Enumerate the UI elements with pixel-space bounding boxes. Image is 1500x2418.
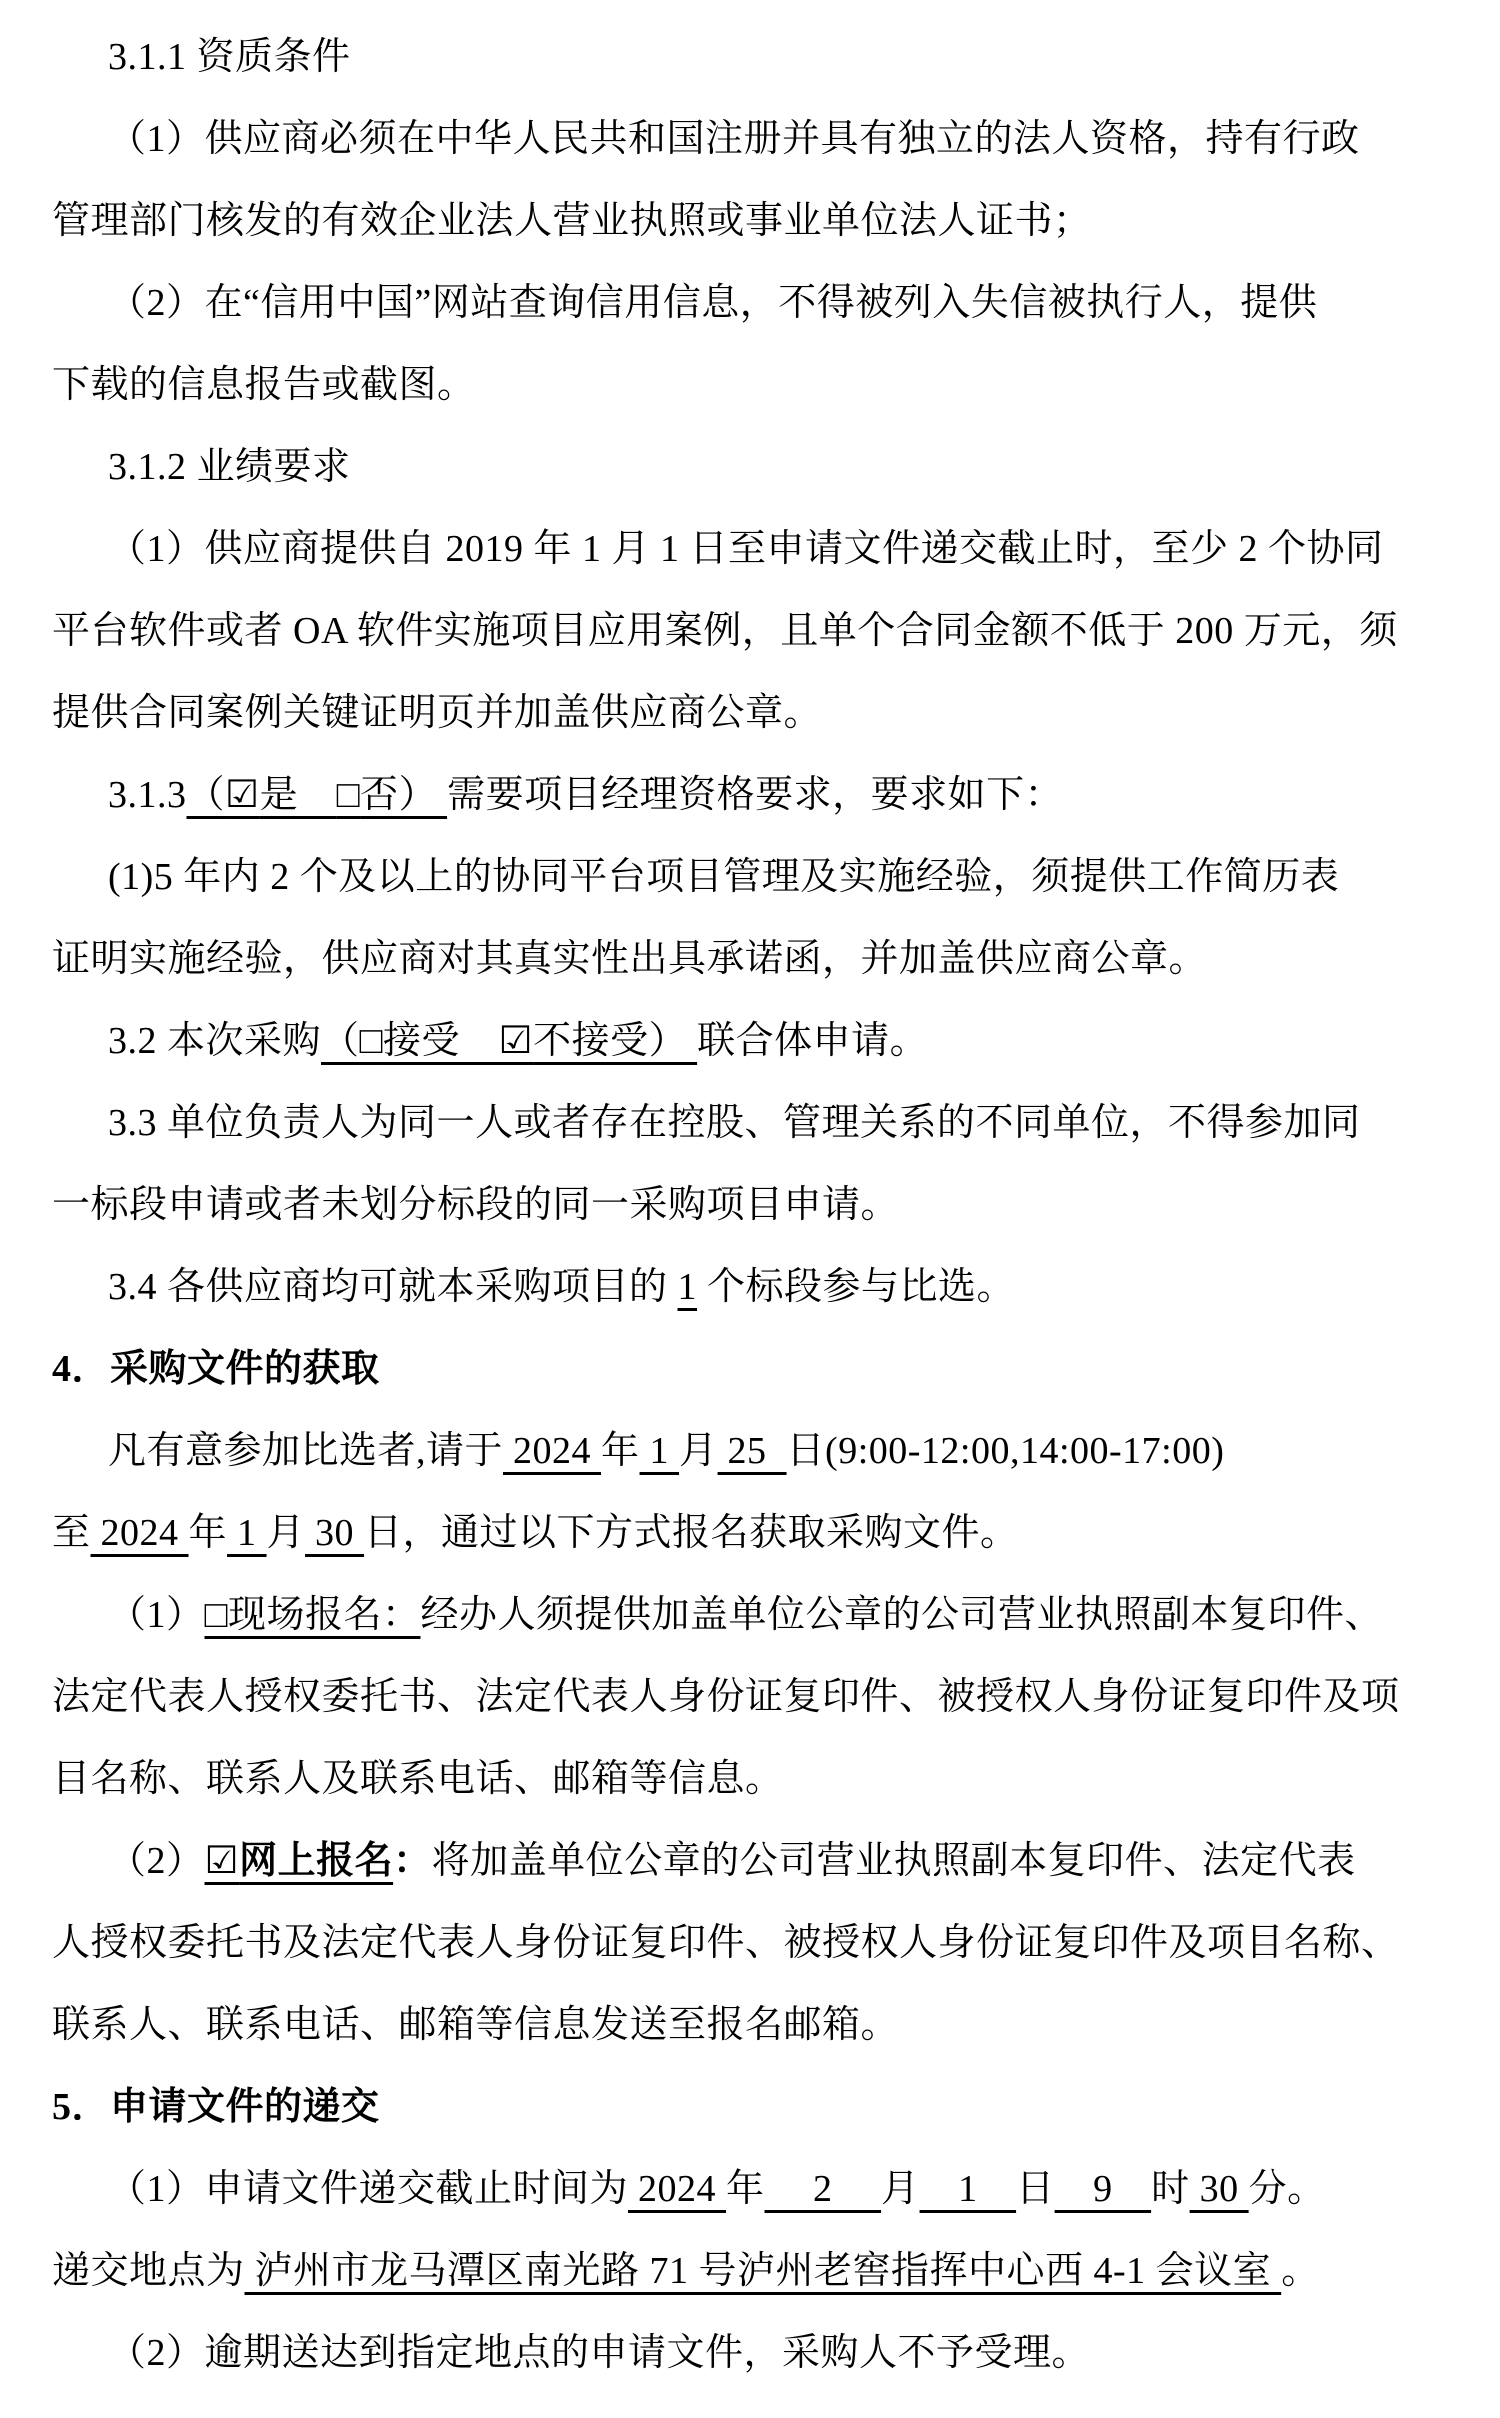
- text-segment: （1）申请文件递交截止时间为: [108, 2168, 628, 2210]
- text-segment: 联系人、联系电话、邮箱等信息发送至报名邮箱。: [52, 2004, 899, 2046]
- text-segment: 平台软件或者 OA 软件实施项目应用案例，且单个合同金额不低于 200 万元，须: [52, 610, 1398, 652]
- text-segment: 时: [1151, 2168, 1190, 2210]
- text-segment: 3.3 单位负责人为同一人或者存在控股、管理关系的不同单位，不得参加同: [108, 1102, 1361, 1144]
- text-segment: 一标段申请或者未划分标段的同一采购项目申请。: [52, 1184, 899, 1226]
- text-segment: 日(9:00-12:00,14:00-17:00): [787, 1430, 1225, 1472]
- document-line: （1）供应商提供自 2019 年 1 月 1 日至申请文件递交截止时，至少 2 …: [52, 508, 1448, 590]
- text-segment: （: [321, 1020, 360, 1062]
- text-segment: ：: [393, 1840, 432, 1882]
- document-line: 凡有意参加比选者,请于 2024 年 1 月 25 日(9:00-12:00,1…: [52, 1410, 1448, 1492]
- text-segment: 管理部门核发的有效企业法人营业执照或事业单位法人证书；: [52, 200, 1092, 242]
- text-segment: （2）: [108, 1840, 205, 1882]
- document-line: （1）□现场报名：经办人须提供加盖单位公章的公司营业执照副本复印件、: [52, 1574, 1448, 1656]
- text-segment: 5．申请文件的递交: [52, 2086, 380, 2128]
- text-segment: 日，通过以下方式报名获取采购文件。: [364, 1512, 1019, 1554]
- document-line: （1）供应商必须在中华人民共和国注册并具有独立的法人资格，持有行政: [52, 98, 1448, 180]
- document-line: 递交地点为 泸州市龙马潭区南光路 71 号泸州老窖指挥中心西 4-1 会议室 。: [52, 2230, 1448, 2312]
- text-segment: 年: [189, 1512, 228, 1554]
- text-segment: 需要项目经理资格要求，要求如下：: [447, 774, 1063, 816]
- document-line: 联系人、联系电话、邮箱等信息发送至报名邮箱。: [52, 1984, 1448, 2066]
- document-line: (1)5 年内 2 个及以上的协同平台项目管理及实施经验，须提供工作简历表: [52, 836, 1448, 918]
- text-segment: （1）: [108, 1594, 205, 1636]
- text-segment: 9: [1055, 2168, 1152, 2210]
- checkbox-checked-icon: ☑: [225, 774, 260, 816]
- text-segment: 2024: [503, 1430, 601, 1472]
- document-line: 3.1.1 资质条件: [52, 16, 1448, 98]
- text-segment: 个标段参与比选。: [697, 1266, 1015, 1308]
- text-segment: 30: [305, 1512, 364, 1554]
- document-line: 3.2 本次采购（□接受 ☑不接受） 联合体申请。: [52, 1000, 1448, 1082]
- checkbox-checked-icon: ☑: [499, 1020, 534, 1062]
- text-segment: 经办人须提供加盖单位公章的公司营业执照副本复印件、: [420, 1594, 1383, 1636]
- text-segment: 年: [726, 2168, 765, 2210]
- checkbox-unchecked-icon: □: [205, 1594, 228, 1636]
- text-segment: 月: [881, 2168, 920, 2210]
- document-line: 平台软件或者 OA 软件实施项目应用案例，且单个合同金额不低于 200 万元，须: [52, 590, 1448, 672]
- document-line: 提供合同案例关键证明页并加盖供应商公章。: [52, 672, 1448, 754]
- document-page: 3.1.1 资质条件（1）供应商必须在中华人民共和国注册并具有独立的法人资格，持…: [0, 0, 1500, 2418]
- document-line: 人授权委托书及法定代表人身份证复印件、被授权人身份证复印件及项目名称、: [52, 1902, 1448, 1984]
- section-heading-5: 5．申请文件的递交: [52, 2066, 1448, 2148]
- text-segment: (1)5 年内 2 个及以上的协同平台项目管理及实施经验，须提供工作简历表: [108, 856, 1339, 898]
- text-segment: 1: [920, 2168, 1017, 2210]
- document-line: （1）申请文件递交截止时间为 2024 年 2 月 1 日 9 时 30 分。: [52, 2148, 1448, 2230]
- text-segment: 3.1.1 资质条件: [108, 36, 351, 78]
- text-segment: 分。: [1249, 2168, 1326, 2210]
- text-segment: 法定代表人授权委托书、法定代表人身份证复印件、被授权人身份证复印件及项: [52, 1676, 1400, 1718]
- text-segment: （2）逾期送达到指定地点的申请文件，采购人不予受理。: [108, 2332, 1090, 2374]
- checkbox-unchecked-icon: □: [337, 774, 360, 816]
- text-segment: 现场报名：: [228, 1594, 421, 1636]
- text-segment: 凡有意参加比选者,请于: [108, 1430, 503, 1472]
- text-segment: （: [187, 774, 226, 816]
- document-body: 3.1.1 资质条件（1）供应商必须在中华人民共和国注册并具有独立的法人资格，持…: [52, 16, 1448, 2394]
- checkbox-checked-icon: ☑: [205, 1840, 240, 1882]
- document-line: 法定代表人授权委托书、法定代表人身份证复印件、被授权人身份证复印件及项: [52, 1656, 1448, 1738]
- text-segment: （1）供应商提供自 2019 年 1 月 1 日至申请文件递交截止时，至少 2 …: [108, 528, 1384, 570]
- document-line: 目名称、联系人及联系电话、邮箱等信息。: [52, 1738, 1448, 1820]
- document-line: （2）☑网上报名：将加盖单位公章的公司营业执照副本复印件、法定代表: [52, 1820, 1448, 1902]
- text-segment: 3.1.3: [108, 774, 187, 816]
- document-line: 下载的信息报告或截图。: [52, 344, 1448, 426]
- text-segment: 30: [1190, 2168, 1249, 2210]
- text-segment: 否）: [360, 774, 447, 816]
- text-segment: 将加盖单位公章的公司营业执照副本复印件、法定代表: [432, 1840, 1356, 1882]
- text-segment: 4．采购文件的获取: [52, 1348, 380, 1390]
- text-segment: 3.1.2 业绩要求: [108, 446, 351, 488]
- text-segment: 月: [679, 1430, 718, 1472]
- document-line: 一标段申请或者未划分标段的同一采购项目申请。: [52, 1164, 1448, 1246]
- section-heading-4: 4．采购文件的获取: [52, 1328, 1448, 1410]
- checkbox-unchecked-icon: □: [360, 1020, 383, 1062]
- document-line: 管理部门核发的有效企业法人营业执照或事业单位法人证书；: [52, 180, 1448, 262]
- text-segment: 3.2 本次采购: [108, 1020, 321, 1062]
- text-segment: 年: [601, 1430, 640, 1472]
- document-line: 3.3 单位负责人为同一人或者存在控股、管理关系的不同单位，不得参加同: [52, 1082, 1448, 1164]
- text-segment: 泸州市龙马潭区南光路 71 号泸州老窖指挥中心西 4-1 会议室: [245, 2250, 1282, 2292]
- text-segment: 月: [267, 1512, 306, 1554]
- document-line: 3.1.2 业绩要求: [52, 426, 1448, 508]
- text-segment: 2: [765, 2168, 882, 2210]
- document-line: 证明实施经验，供应商对其真实性出具承诺函，并加盖供应商公章。: [52, 918, 1448, 1000]
- text-segment: 目名称、联系人及联系电话、邮箱等信息。: [52, 1758, 784, 1800]
- text-segment: 是: [260, 774, 337, 816]
- text-segment: （1）供应商必须在中华人民共和国注册并具有独立的法人资格，持有行政: [108, 118, 1360, 160]
- text-segment: 提供合同案例关键证明页并加盖供应商公章。: [52, 692, 822, 734]
- text-segment: 递交地点为: [52, 2250, 245, 2292]
- document-line: （2）在“信用中国”网站查询信用信息，不得被列入失信被执行人，提供: [52, 262, 1448, 344]
- text-segment: （2）在“信用中国”网站查询信用信息，不得被列入失信被执行人，提供: [108, 282, 1317, 324]
- document-line: （2）逾期送达到指定地点的申请文件，采购人不予受理。: [52, 2312, 1448, 2394]
- text-segment: 25: [718, 1430, 787, 1472]
- text-segment: 人授权委托书及法定代表人身份证复印件、被授权人身份证复印件及项目名称、: [52, 1922, 1400, 1964]
- text-segment: 联合体申请。: [697, 1020, 928, 1062]
- text-segment: 日: [1016, 2168, 1055, 2210]
- text-segment: 网上报名: [239, 1840, 393, 1882]
- text-segment: 2024: [91, 1512, 189, 1554]
- document-line: 3.1.3（☑是 □否） 需要项目经理资格要求，要求如下：: [52, 754, 1448, 836]
- text-segment: 至: [52, 1512, 91, 1554]
- text-segment: 。: [1281, 2250, 1320, 2292]
- text-segment: 2024: [628, 2168, 726, 2210]
- document-line: 3.4 各供应商均可就本采购项目的 1 个标段参与比选。: [52, 1246, 1448, 1328]
- text-segment: 证明实施经验，供应商对其真实性出具承诺函，并加盖供应商公章。: [52, 938, 1207, 980]
- text-segment: 不接受）: [533, 1020, 697, 1062]
- text-segment: 1: [678, 1266, 698, 1308]
- text-segment: 3.4 各供应商均可就本采购项目的: [108, 1266, 678, 1308]
- text-segment: 1: [227, 1512, 267, 1554]
- text-segment: 1: [640, 1430, 680, 1472]
- document-line: 至 2024 年 1 月 30 日，通过以下方式报名获取采购文件。: [52, 1492, 1448, 1574]
- text-segment: 接受: [383, 1020, 499, 1062]
- text-segment: 下载的信息报告或截图。: [52, 364, 476, 406]
